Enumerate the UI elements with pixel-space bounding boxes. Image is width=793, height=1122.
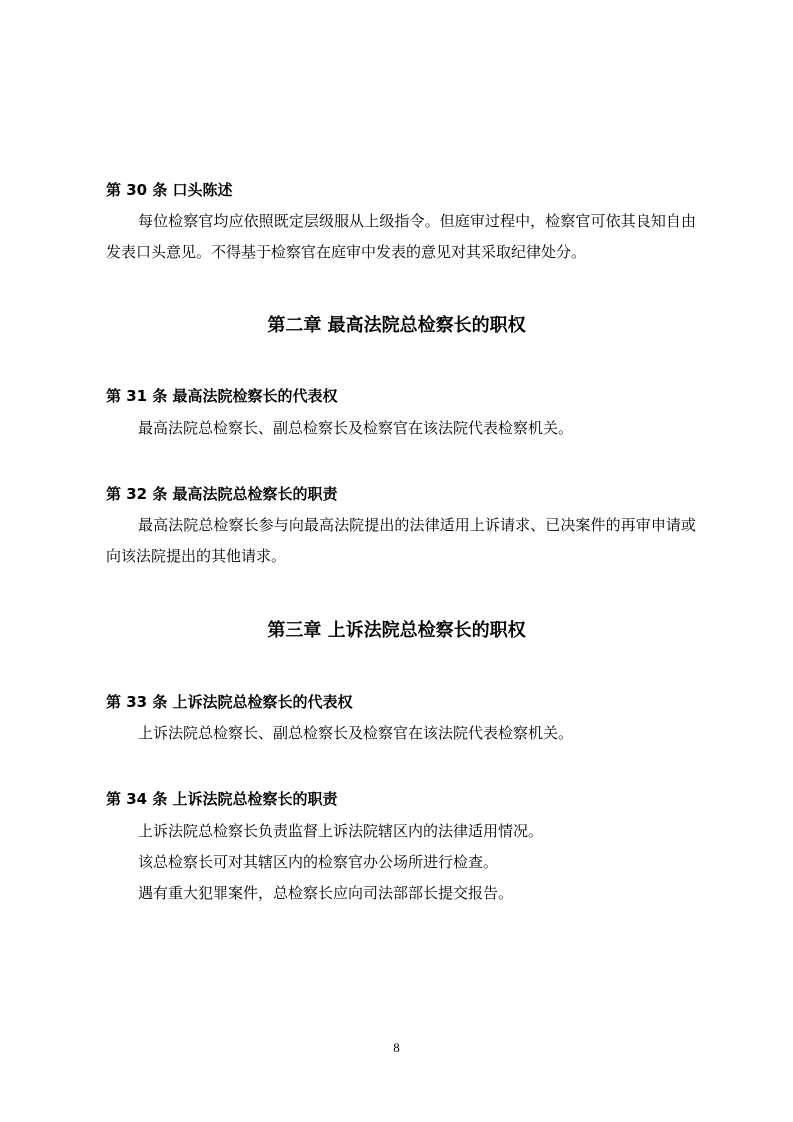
- article-30-title: 第 30 条 口头陈述: [106, 180, 233, 200]
- article-33-title: 第 33 条 上诉法院总检察长的代表权: [106, 692, 353, 712]
- article-31-title: 第 31 条 最高法院检察长的代表权: [106, 386, 338, 406]
- page-number: 8: [0, 1040, 793, 1056]
- article-30-paragraph: 每位检察官均应依照既定层级服从上级指令。但庭审过程中，检察官可依其良知自由发表口…: [106, 206, 696, 268]
- article-34-title: 第 34 条 上诉法院总检察长的职责: [106, 789, 338, 809]
- article-32-paragraph: 最高法院总检察长参与向最高法院提出的法律适用上诉请求、已决案件的再审申请或向该法…: [106, 510, 696, 572]
- chapter-3-heading: 第三章 上诉法院总检察长的职权: [0, 619, 793, 643]
- article-34-paragraph-3: 遇有重大犯罪案件，总检察长应向司法部部长提交报告。: [106, 878, 696, 909]
- article-34-paragraph-2: 该总检察长可对其辖区内的检察官办公场所进行检查。: [106, 847, 696, 878]
- article-34-paragraph-1: 上诉法院总检察长负责监督上诉法院辖区内的法律适用情况。: [106, 816, 696, 847]
- document-page: 第 30 条 口头陈述 每位检察官均应依照既定层级服从上级指令。但庭审过程中，检…: [0, 0, 793, 1122]
- article-31-paragraph: 最高法院总检察长、副总检察长及检察官在该法院代表检察机关。: [106, 413, 696, 444]
- chapter-2-heading: 第二章 最高法院总检察长的职权: [0, 314, 793, 338]
- article-32-title: 第 32 条 最高法院总检察长的职责: [106, 484, 338, 504]
- article-33-paragraph: 上诉法院总检察长、副总检察长及检察官在该法院代表检察机关。: [106, 718, 696, 749]
